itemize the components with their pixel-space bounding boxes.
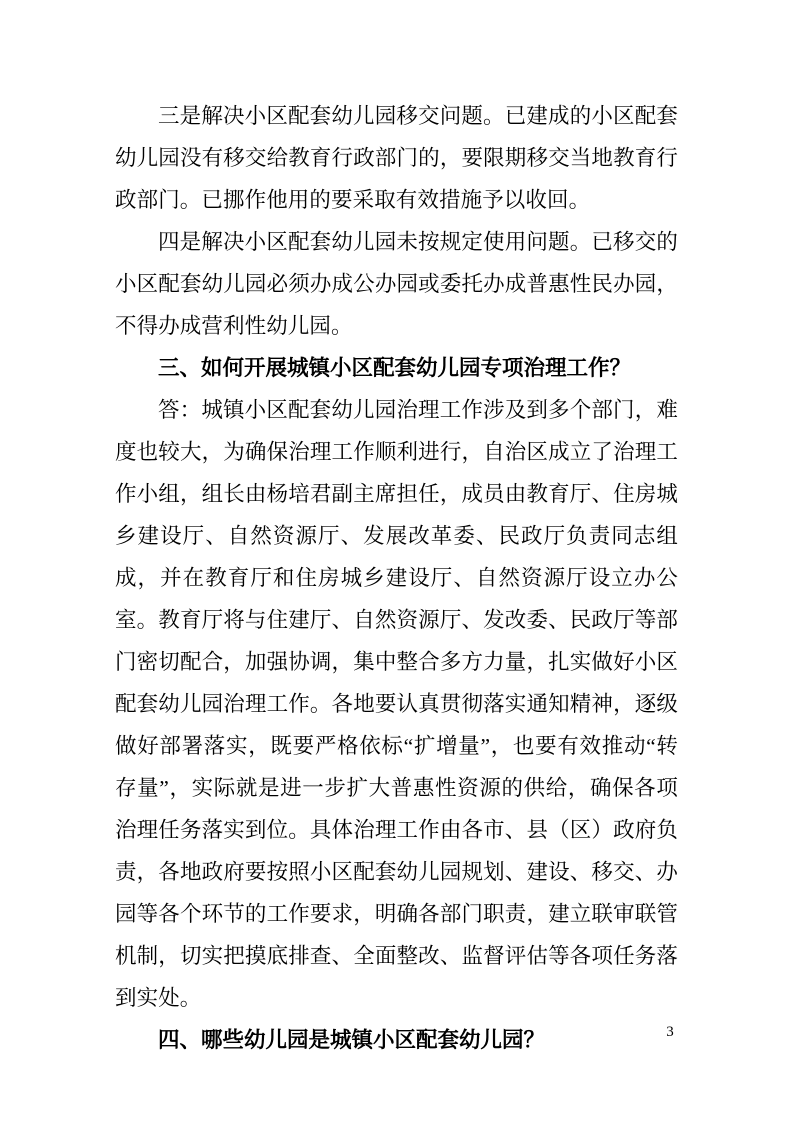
page-number: 3 [660, 1022, 680, 1042]
paragraph-usage-issue: 四是解决小区配套幼儿园未按规定使用问题。已移交的小区配套幼儿园必须办成公办园或委… [115, 221, 678, 347]
document-body: 三是解决小区配套幼儿园移交问题。已建成的小区配套幼儿园没有移交给教育行政部门的，… [115, 95, 678, 1061]
section-heading-question-4: 四、哪些幼儿园是城镇小区配套幼儿园？ [115, 1019, 678, 1061]
section-heading-question-3: 三、如何开展城镇小区配套幼儿园专项治理工作？ [115, 347, 678, 389]
paragraph-transfer-issue: 三是解决小区配套幼儿园移交问题。已建成的小区配套幼儿园没有移交给教育行政部门的，… [115, 95, 678, 221]
document-page: 三是解决小区配套幼儿园移交问题。已建成的小区配套幼儿园没有移交给教育行政部门的，… [0, 0, 793, 1122]
paragraph-answer-3: 答：城镇小区配套幼儿园治理工作涉及到多个部门，难度也较大，为确保治理工作顺利进行… [115, 389, 678, 1019]
